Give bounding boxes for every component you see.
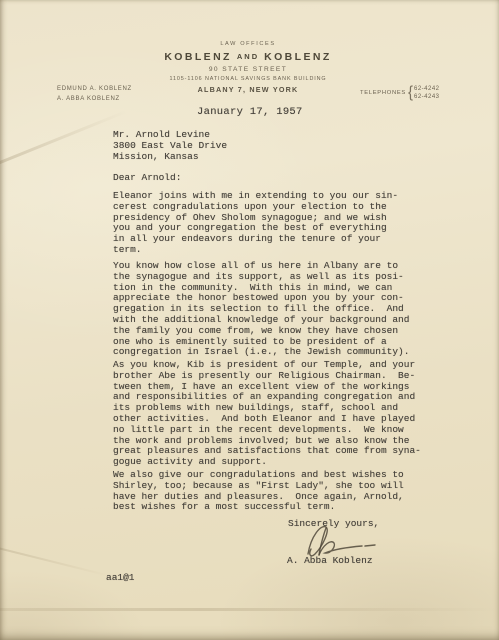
recipient-name: Mr. Arnold Levine — [113, 129, 210, 140]
firm-name: KOBLENZANDKOBLENZ — [98, 51, 398, 63]
paragraph-3: As you know, Kib is president of our Tem… — [113, 360, 421, 468]
firm-name-part: KOBLENZ — [264, 51, 332, 63]
paragraph-2: You know how close all of us here in Alb… — [113, 261, 409, 358]
attorney-names: EDMUND A. KOBLENZ A. ABBA KOBLENZ — [57, 85, 132, 104]
recipient-street: 3800 East Vale Drive — [113, 140, 227, 151]
paragraph-1: Eleanor joins with me in extending to yo… — [113, 191, 398, 256]
letter-page: LAW OFFICES KOBLENZANDKOBLENZ 90 STATE S… — [0, 0, 499, 640]
city-address: ALBANY 7, NEW YORK — [98, 85, 398, 94]
fold-crease — [0, 110, 127, 169]
law-offices-label: LAW OFFICES — [98, 41, 398, 47]
telephones-label: TELEPHONES — [360, 90, 406, 96]
letter-date: January 17, 1957 — [197, 107, 303, 118]
typist-reference: aa1@1 — [106, 573, 135, 584]
signature-scrawl — [298, 521, 380, 559]
fold-crease — [0, 608, 499, 611]
attorney-name: EDMUND A. KOBLENZ — [57, 85, 132, 95]
street-address: 90 STATE STREET — [98, 66, 398, 73]
brace-glyph: { — [408, 84, 413, 102]
firm-name-part: KOBLENZ — [164, 51, 232, 63]
telephones-block: TELEPHONES { 62-4242 62-4243 — [360, 84, 440, 101]
recipient-city: Mission, Kansas — [113, 151, 199, 162]
attorney-name: A. ABBA KOBLENZ — [57, 95, 132, 105]
paragraph-4: We also give our congradulations and bes… — [113, 470, 404, 513]
firm-name-part: AND — [237, 52, 259, 61]
letterhead: LAW OFFICES KOBLENZANDKOBLENZ 90 STATE S… — [98, 41, 398, 94]
telephone-numbers: 62-4242 62-4243 — [414, 85, 440, 101]
building-address: 1105-1106 NATIONAL SAVINGS BANK BUILDING — [98, 76, 398, 82]
recipient-address: Mr. Arnold Levine 3800 East Vale Drive M… — [113, 130, 227, 162]
telephone-number: 62-4242 — [414, 85, 440, 93]
fold-crease — [0, 546, 108, 577]
salutation: Dear Arnold: — [113, 173, 181, 184]
signer-name: A. Abba Koblenz — [287, 556, 373, 567]
telephone-number: 62-4243 — [414, 93, 440, 101]
